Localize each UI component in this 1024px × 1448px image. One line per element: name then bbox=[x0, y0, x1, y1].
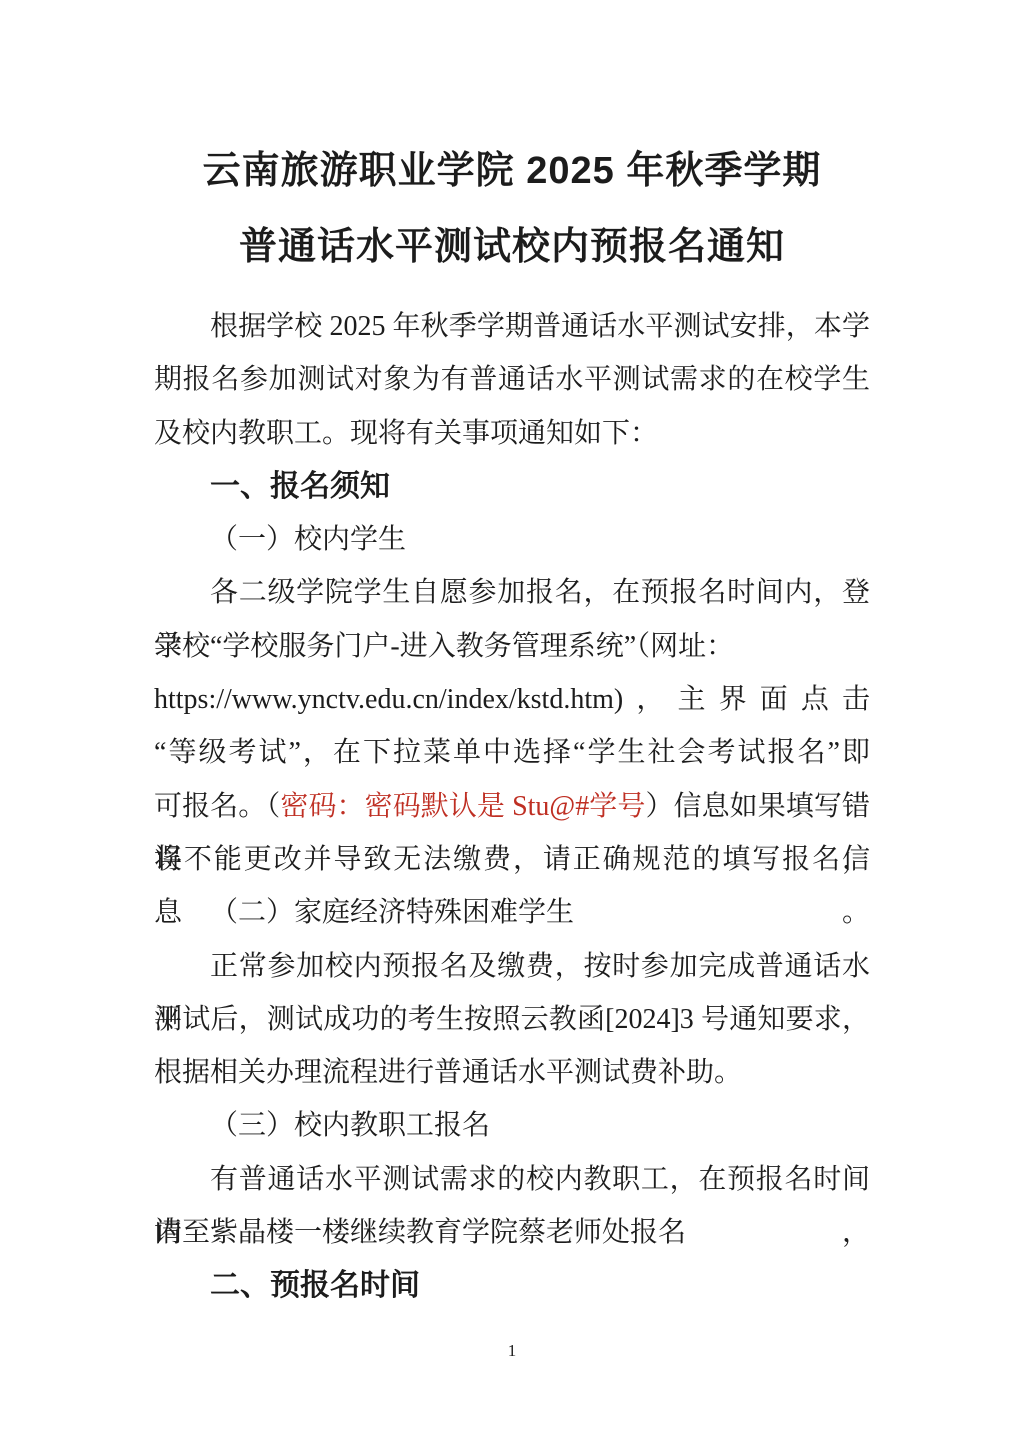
password-note-prefix: 可报名。（ bbox=[154, 791, 280, 822]
body-line: 有普通话水平测试需求的校内教职工，在预报名时间内， bbox=[154, 1153, 870, 1206]
body-line: 各二级学院学生自愿参加报名，在预报名时间内，登录 bbox=[154, 566, 870, 619]
subsection-heading-3: （三）校内教职工报名 bbox=[154, 1099, 870, 1152]
section-heading-2: 二、预报名时间 bbox=[154, 1259, 870, 1312]
body-line: 将不能更改并导致无法缴费，请正确规范的填写报名信息。 bbox=[154, 833, 870, 886]
body-line: 根据相关办理流程进行普通话水平测试费补助。 bbox=[154, 1046, 870, 1099]
document-title-line1: 云南旅游职业学院 2025 年秋季学期 bbox=[0, 148, 1024, 194]
body-line: 学校“学校服务门户-进入教务管理系统”（网址： bbox=[154, 620, 870, 673]
document-body: 根据学校 2025 年秋季学期普通话水平测试安排，本学 期报名参加测试对象为有普… bbox=[154, 300, 870, 1313]
body-line: 测试后，测试成功的考生按照云教函[2024]3 号通知要求， bbox=[154, 993, 870, 1046]
document-title-line2: 普通话水平测试校内预报名通知 bbox=[0, 224, 1024, 270]
body-line-password-note: 可报名。（密码：密码默认是 Stu@#学号）信息如果填写错误， bbox=[154, 780, 870, 833]
body-line: “等级考试”，在下拉菜单中选择“学生社会考试报名”即 bbox=[154, 726, 870, 779]
body-line: 期报名参加测试对象为有普通话水平测试需求的在校学生 bbox=[154, 353, 870, 406]
body-line-url: https://www.ynctv.edu.cn/index/kstd.htm)… bbox=[154, 673, 870, 726]
page-number: 1 bbox=[0, 1341, 1024, 1361]
password-note-highlight: 密码：密码默认是 Stu@#学号 bbox=[280, 791, 645, 822]
body-line: 及校内教职工。现将有关事项通知如下： bbox=[154, 407, 870, 460]
body-line: 正常参加校内预报名及缴费，按时参加完成普通话水平 bbox=[154, 940, 870, 993]
section-heading-1: 一、报名须知 bbox=[154, 460, 870, 513]
document-page: 云南旅游职业学院 2025 年秋季学期 普通话水平测试校内预报名通知 根据学校 … bbox=[0, 0, 1024, 1448]
subsection-heading-1: （一）校内学生 bbox=[154, 513, 870, 566]
body-line: 根据学校 2025 年秋季学期普通话水平测试安排，本学 bbox=[154, 300, 870, 353]
